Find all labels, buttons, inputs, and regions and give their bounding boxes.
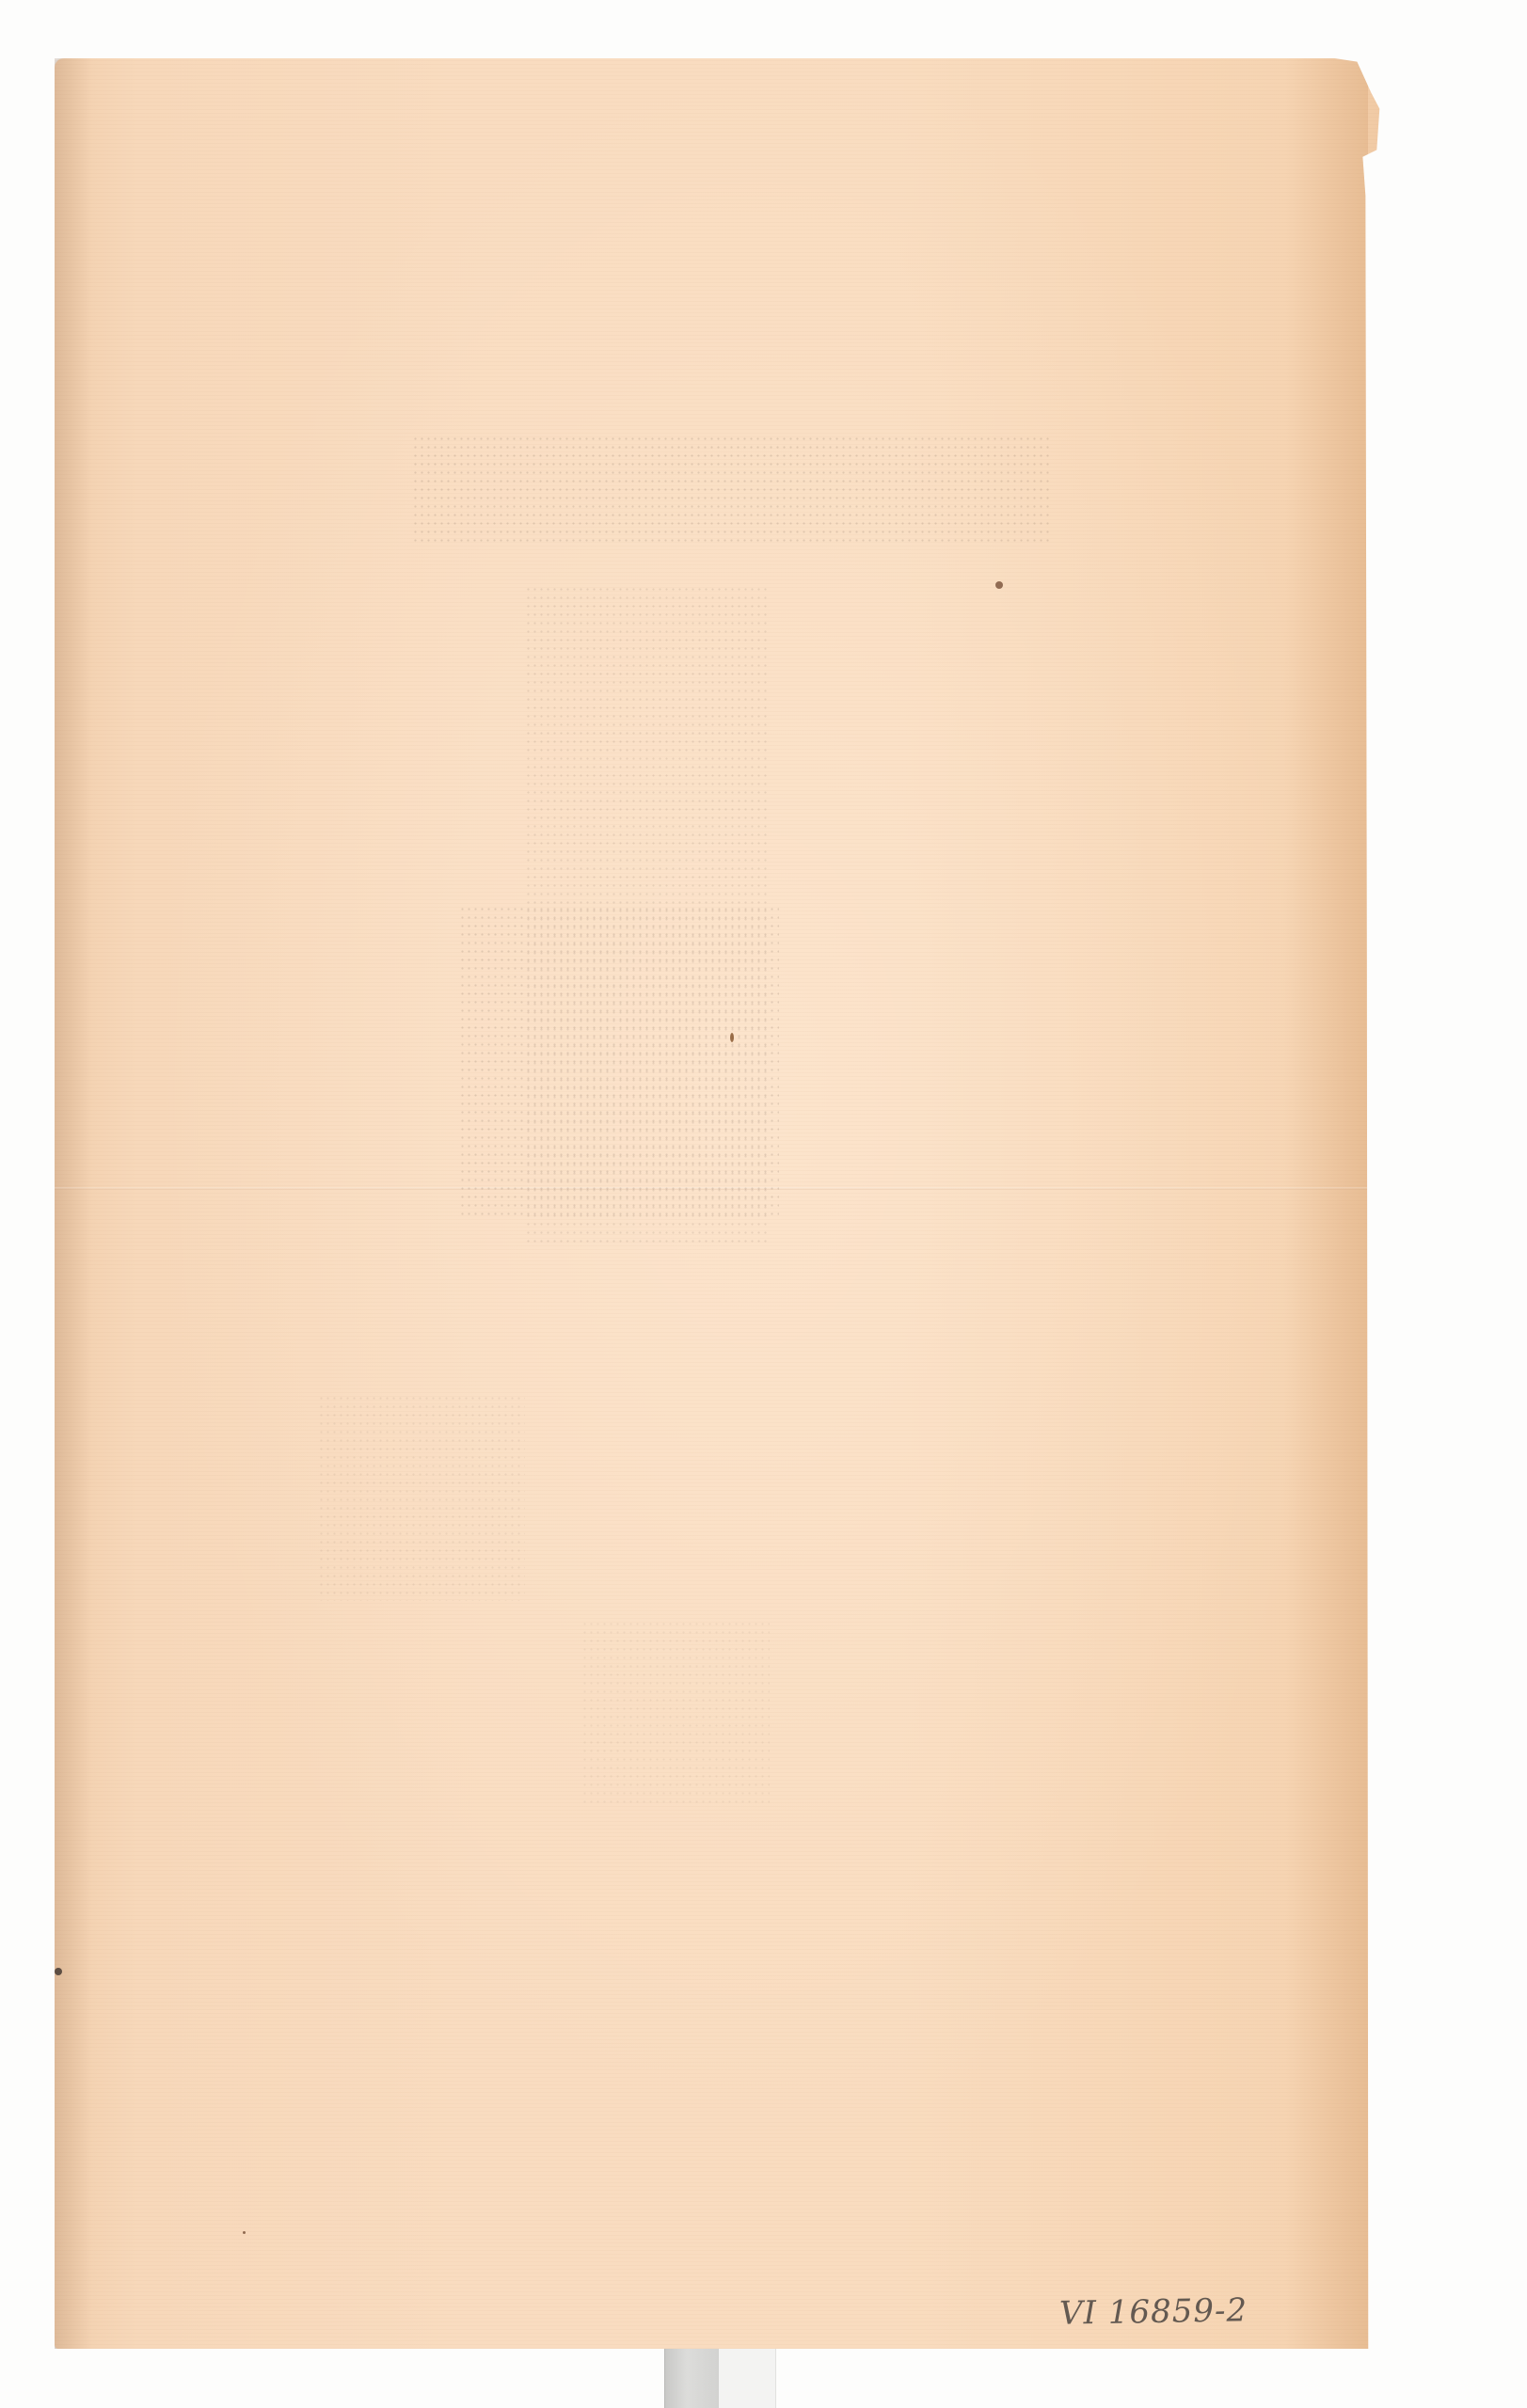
left-edge-stain bbox=[55, 58, 92, 2349]
mounting-tab-shadow bbox=[719, 2342, 776, 2408]
foxing-spot bbox=[730, 1033, 734, 1042]
ink-showthrough-header bbox=[412, 435, 1052, 547]
foxing-spot bbox=[243, 2231, 246, 2234]
edge-mark bbox=[55, 1968, 62, 1975]
ink-showthrough-lower bbox=[581, 1620, 770, 1808]
ink-showthrough-lower-left bbox=[318, 1394, 525, 1601]
inventory-number: VI 16859-2 bbox=[1059, 2291, 1249, 2332]
ink-showthrough-center bbox=[459, 905, 779, 1215]
right-edge-stain bbox=[1283, 58, 1368, 2349]
paper-sheet bbox=[55, 58, 1461, 2349]
foxing-spot bbox=[995, 581, 1003, 589]
mounting-tab bbox=[664, 2342, 721, 2408]
